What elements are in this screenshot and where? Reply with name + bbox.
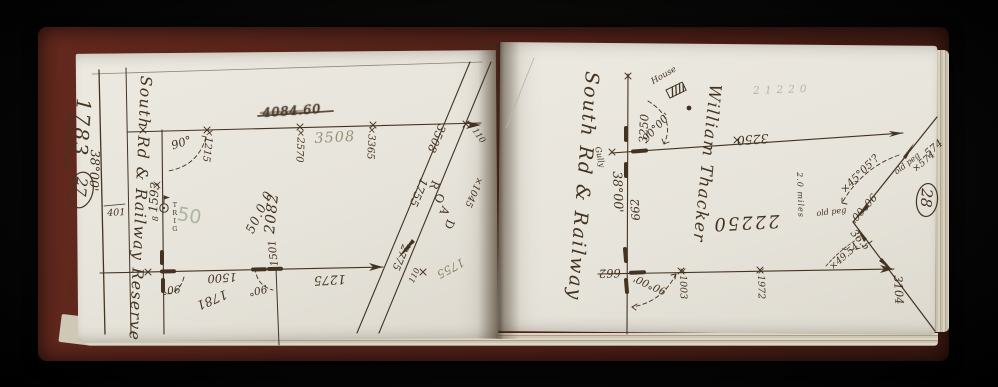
pencil-21220-label: 21220 xyxy=(753,84,812,97)
chainage-1593-label: 1593 xyxy=(147,182,161,213)
miles-label: 2.0 miles xyxy=(795,172,805,218)
chainage-3250-horizontal-label: 3250 xyxy=(736,132,769,147)
chainage-1500-label: 1500 xyxy=(207,271,237,285)
chainage-662-upper-label: 662 xyxy=(629,198,642,221)
page-number-27: 27 xyxy=(72,176,89,197)
chainage-1501-label: 1501 xyxy=(267,239,280,267)
bearing-38-label: 38°00' xyxy=(611,171,625,213)
stamp-50: 50 xyxy=(176,205,203,228)
tick-2570-label: ×2570 xyxy=(293,128,305,162)
chainage-22250-label: 22250 xyxy=(712,211,780,232)
trig-offset-8: 8 xyxy=(152,216,160,221)
field-book-photo: 1783 Reserve 38°00' 27 401 South Rd & Ra… xyxy=(0,0,998,387)
chainage-401-label: 401 xyxy=(107,208,126,218)
tick-1972-label: ×1972 xyxy=(756,267,766,299)
book-gutter-shadow xyxy=(478,42,520,339)
pencil-3508-label: 3508 xyxy=(314,130,356,147)
chainage-1275-label: 1275 xyxy=(314,273,346,287)
tick-3365-label: ×3365 xyxy=(364,125,376,159)
chainage-662-lower-label: 662 xyxy=(599,267,621,279)
angle-90-bottom-left-label: 90° xyxy=(161,283,181,296)
chainage-3104-label: 3104 xyxy=(892,275,905,305)
tick-1003-label: ×1003 xyxy=(678,267,688,299)
page-number-28: 28 xyxy=(918,188,934,208)
chainage-3250-vertical-label: 3250 xyxy=(638,114,651,144)
